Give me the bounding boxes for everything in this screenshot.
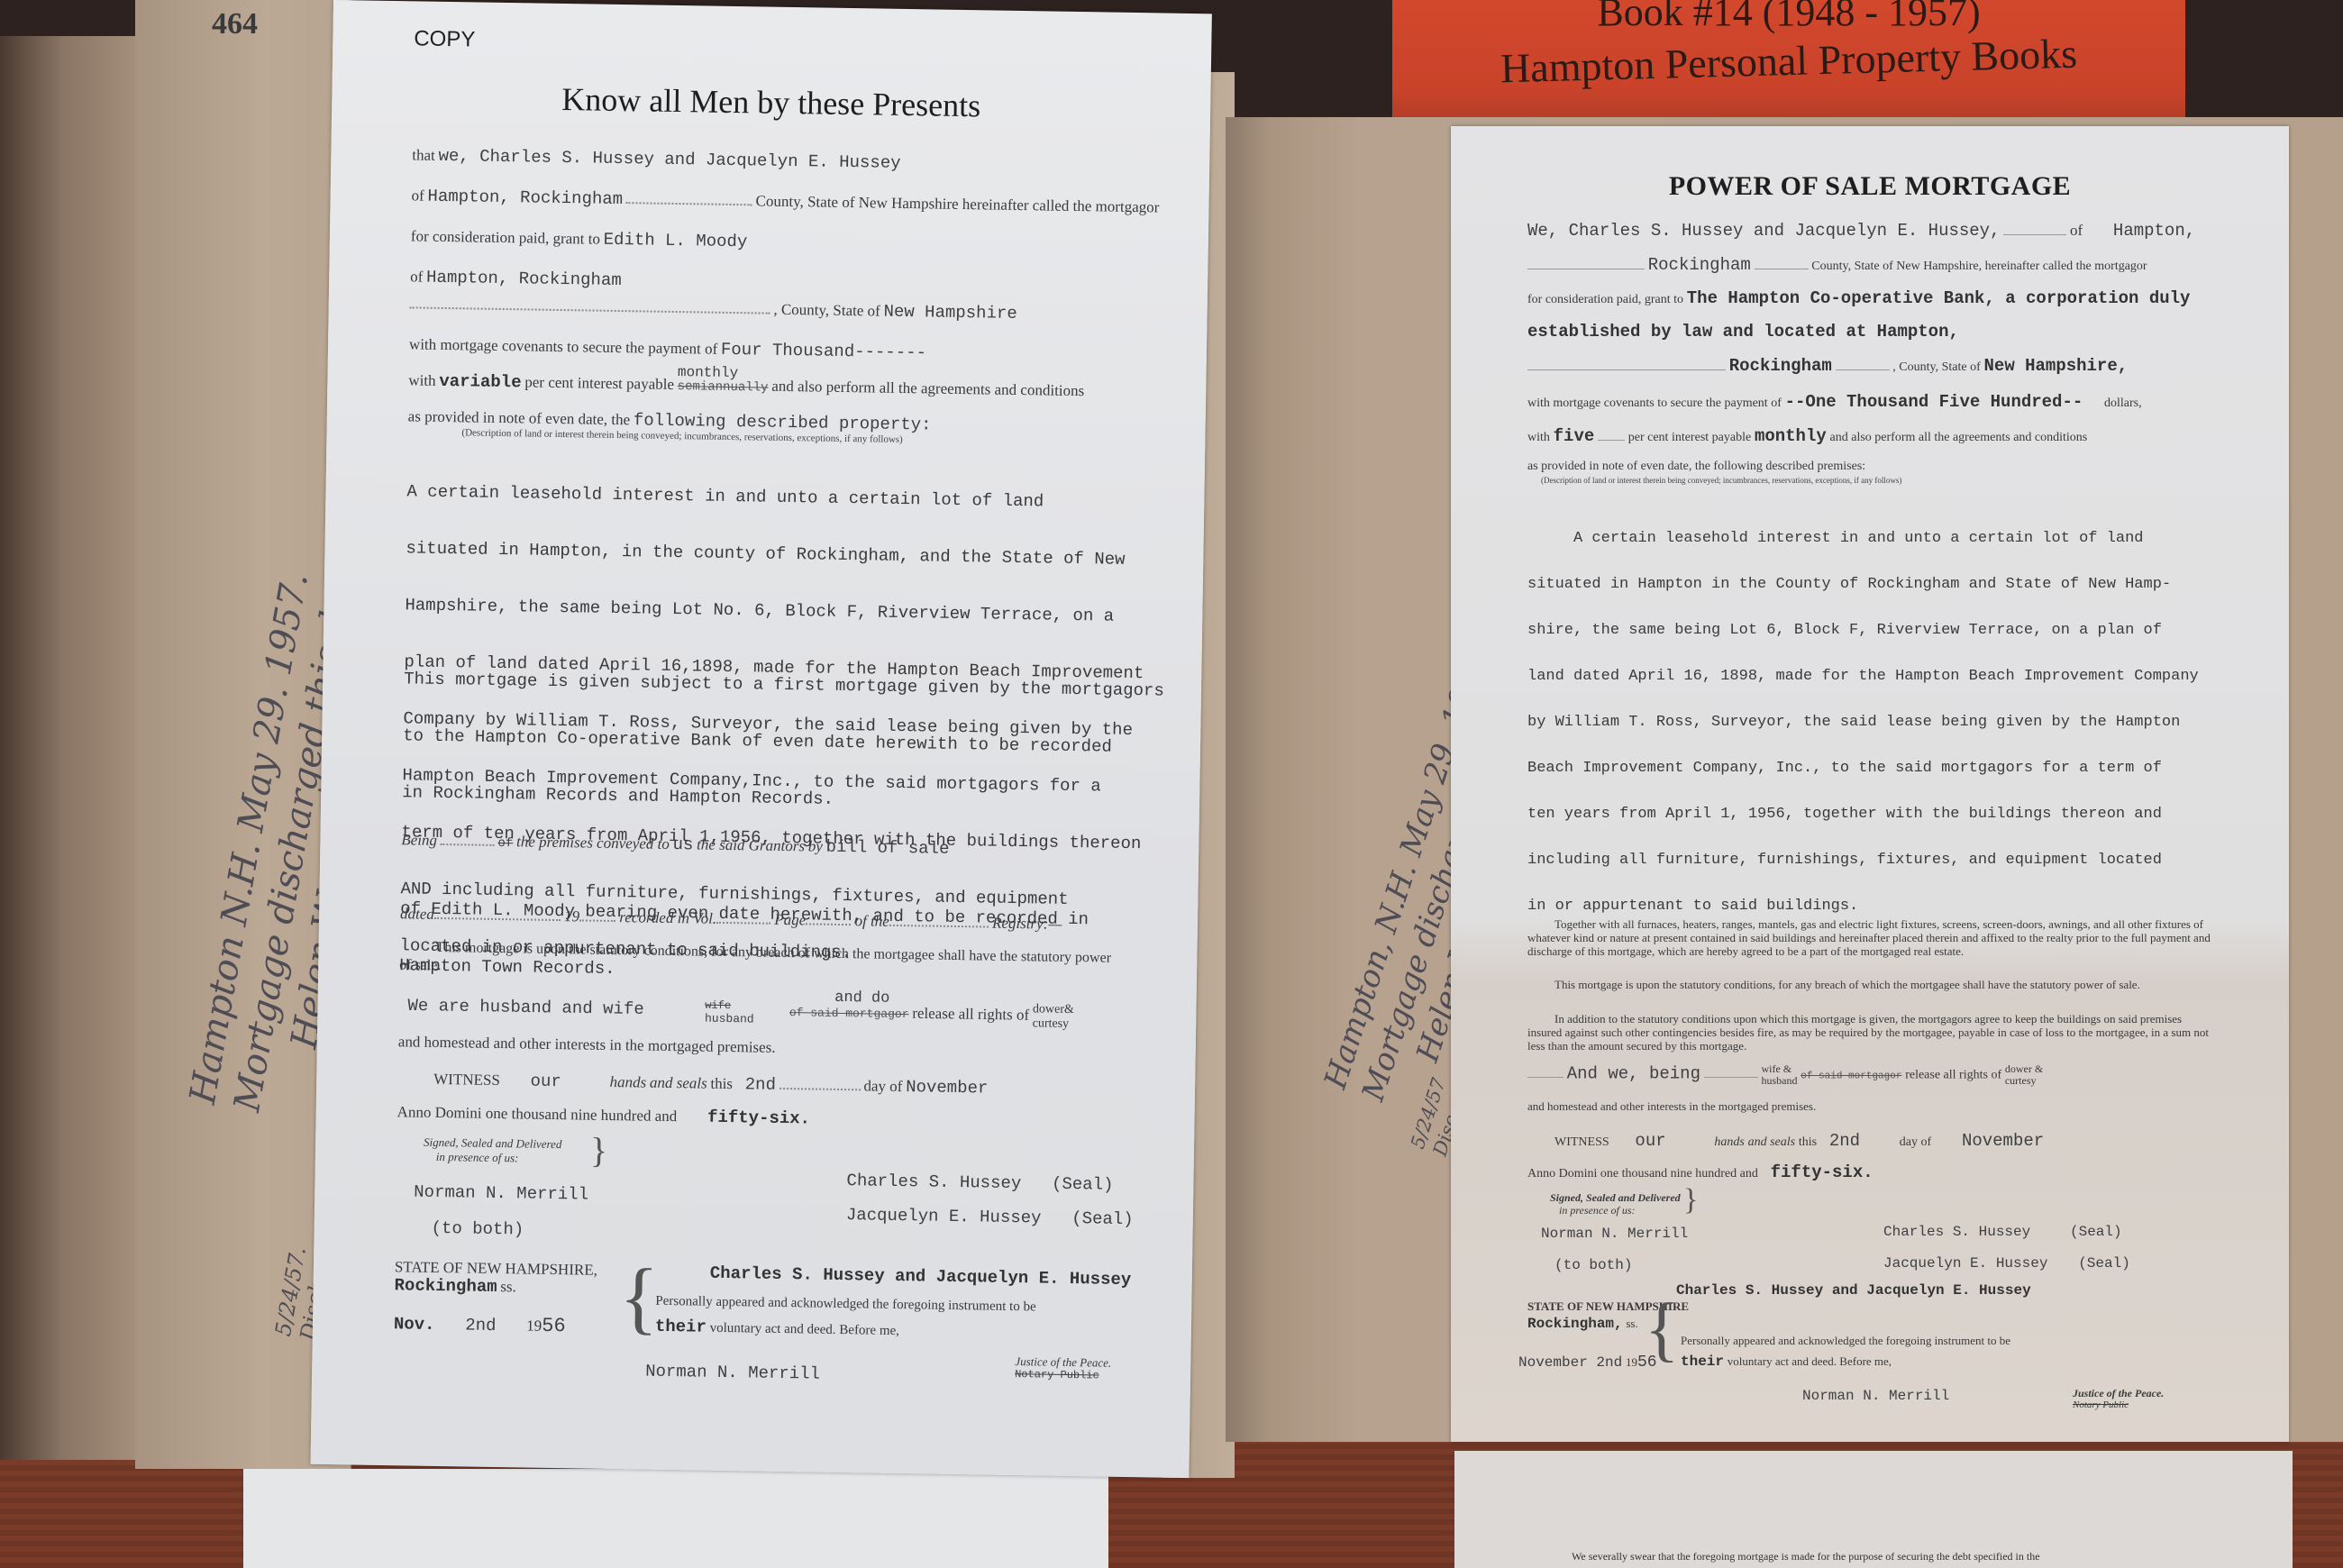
officer-signature: Norman N. Merrill — [1802, 1388, 1949, 1404]
acknowledgment-date: Nov. 2nd 1956 — [394, 1312, 566, 1337]
property-description: A certain leasehold interest in and unto… — [1527, 500, 2199, 944]
signer-2-row: Jacquelyn E. Hussey (Seal) — [846, 1205, 1134, 1229]
acknowledging-parties: Charles S. Hussey and Jacquelyn E. Husse… — [1676, 1282, 2031, 1299]
signer-1-row: Charles S. Hussey (Seal) — [846, 1171, 1113, 1195]
interest-row: with five per cent interest payable mont… — [1527, 426, 2087, 446]
brace: } — [590, 1133, 608, 1169]
witness-note: (to both) — [1554, 1257, 1632, 1273]
release-row: And we, being wife & husband of said mor… — [1527, 1063, 2043, 1087]
acknowledgment-venue: STATE OF NEW HAMPSHIRE, Rockingham ss. — [394, 1258, 597, 1299]
amount-row: with mortgage covenants to secure the pa… — [1527, 392, 2142, 412]
homestead-text: and homestead and other interests in the… — [1527, 1099, 1816, 1114]
payable-struck: semiannually — [678, 379, 769, 396]
rate-value: variable — [439, 371, 522, 392]
signer-1-row: Charles S. Hussey (Seal) — [1883, 1224, 2122, 1240]
grantee-state-row: , County, State of New Hampshire — [410, 294, 1017, 324]
affidavit-text: We severally swear that the foregoing mo… — [1572, 1550, 2040, 1563]
signed-in-presence-label: Signed, Sealed and Delivered in presence… — [424, 1135, 562, 1166]
grantor-place-row: of Hampton, Rockingham County, State of … — [411, 186, 1159, 217]
grantee-value: Edith L. Moody — [604, 230, 748, 252]
witness-signature: Norman N. Merrill — [414, 1182, 588, 1205]
power-of-sale-mortgage-document: POWER OF SALE MORTGAGE We, Charles S. Hu… — [1451, 126, 2289, 1442]
acknowledgment-text-2: their voluntary act and deed. Before me, — [655, 1317, 899, 1340]
grantee-place-row: of Hampton, Rockingham — [410, 267, 622, 290]
acknowledging-parties: Charles S. Hussey and Jacquelyn E. Husse… — [710, 1263, 1132, 1290]
officer-title: Justice of the Peace. Notary Public — [1015, 1355, 1111, 1382]
grantee-place-value: Hampton, Rockingham — [426, 268, 622, 290]
fixtures-clause: Together with all furnaces, heaters, ran… — [1527, 917, 2212, 958]
amount-value: Four Thousand------- — [721, 340, 926, 363]
grantors-row: We, Charles S. Hussey and Jacquelyn E. H… — [1527, 221, 2195, 241]
payable-value: monthly — [678, 364, 738, 381]
grantee-row: for consideration paid, grant to The Ham… — [1527, 288, 2190, 308]
amount-row: with mortgage covenants to secure the pa… — [409, 334, 926, 362]
statutory-conditions: This mortgage is upon the statutory cond… — [1527, 978, 2212, 991]
anno-domini-row: Anno Domini one thousand nine hundred an… — [397, 1102, 810, 1128]
brace: { — [619, 1257, 660, 1339]
subject-to-clause: This mortgage is given subject to a firs… — [401, 632, 1164, 852]
officer-signature: Norman N. Merrill — [645, 1362, 820, 1384]
officer-title: Justice of the Peace. Notary Public — [2073, 1388, 2164, 1411]
acknowledgment-date: November 2nd 1956 — [1518, 1354, 1657, 1372]
grantors-value: we, Charles S. Hussey and Jacquelyn E. H… — [438, 146, 900, 173]
document-title: POWER OF SALE MORTGAGE — [1451, 171, 2289, 202]
interest-row: with variable per cent interest payable … — [408, 370, 1084, 401]
book-label-sign: Book #14 (1948 - 1957) Hampton Personal … — [1392, 0, 2185, 135]
grantee-state-value: New Hampshire — [883, 302, 1017, 324]
description-note: (Description of land or interest therein… — [1541, 476, 1901, 485]
homestead-text: and homestead and other interests in the… — [398, 1033, 776, 1057]
grantor-place-value: Hampton, Rockingham — [427, 187, 623, 209]
document-title: Know all Men by these Presents — [332, 77, 1211, 128]
witness-signature: Norman N. Merrill — [1541, 1226, 1688, 1242]
provided-row: as provided in note of even date, the fo… — [1527, 460, 1865, 474]
acknowledgment-text: Personally appeared and acknowledged the… — [655, 1294, 1036, 1316]
county-row: Rockingham County, State of New Hampshir… — [1527, 255, 2147, 275]
brace: } — [1683, 1185, 1698, 1216]
grantee-county-row: Rockingham , County, State of New Hampsh… — [1527, 356, 2128, 376]
mortgage-copy-document: COPY Know all Men by these Presents that… — [310, 0, 1211, 1478]
page-number: 464 — [212, 7, 258, 41]
signed-in-presence-label: Signed, Sealed and Delivered in presence… — [1550, 1191, 1681, 1217]
witness-row: WITNESS our hands and seals this 2nd day… — [433, 1070, 989, 1099]
acknowledgment-text-2: their voluntary act and deed. Before me, — [1681, 1354, 1892, 1370]
copy-stamp: COPY — [414, 26, 475, 52]
witness-row: WITNESS our hands and seals this 2nd day… — [1554, 1131, 2044, 1151]
grantee-row-2: established by law and located at Hampto… — [1527, 322, 1959, 342]
witness-note: (to both) — [431, 1218, 524, 1240]
sign-title: Hampton Personal Property Books — [1391, 26, 2185, 95]
acknowledgment-text: Personally appeared and acknowledged the… — [1681, 1334, 2010, 1348]
loose-sheet-bottom-right: We severally swear that the foregoing mo… — [1454, 1451, 2293, 1568]
grantors-row: that we, Charles S. Hussey and Jacquelyn… — [412, 145, 901, 173]
anno-domini-row: Anno Domini one thousand nine hundred an… — [1527, 1162, 1873, 1182]
insurance-clause: In addition to the statutory conditions … — [1527, 1012, 2212, 1053]
loose-sheet-bottom-left — [243, 1469, 1108, 1568]
signer-2-row: Jacquelyn E. Hussey (Seal) — [1883, 1255, 2130, 1272]
grantee-row: for consideration paid, grant to Edith L… — [411, 226, 748, 251]
